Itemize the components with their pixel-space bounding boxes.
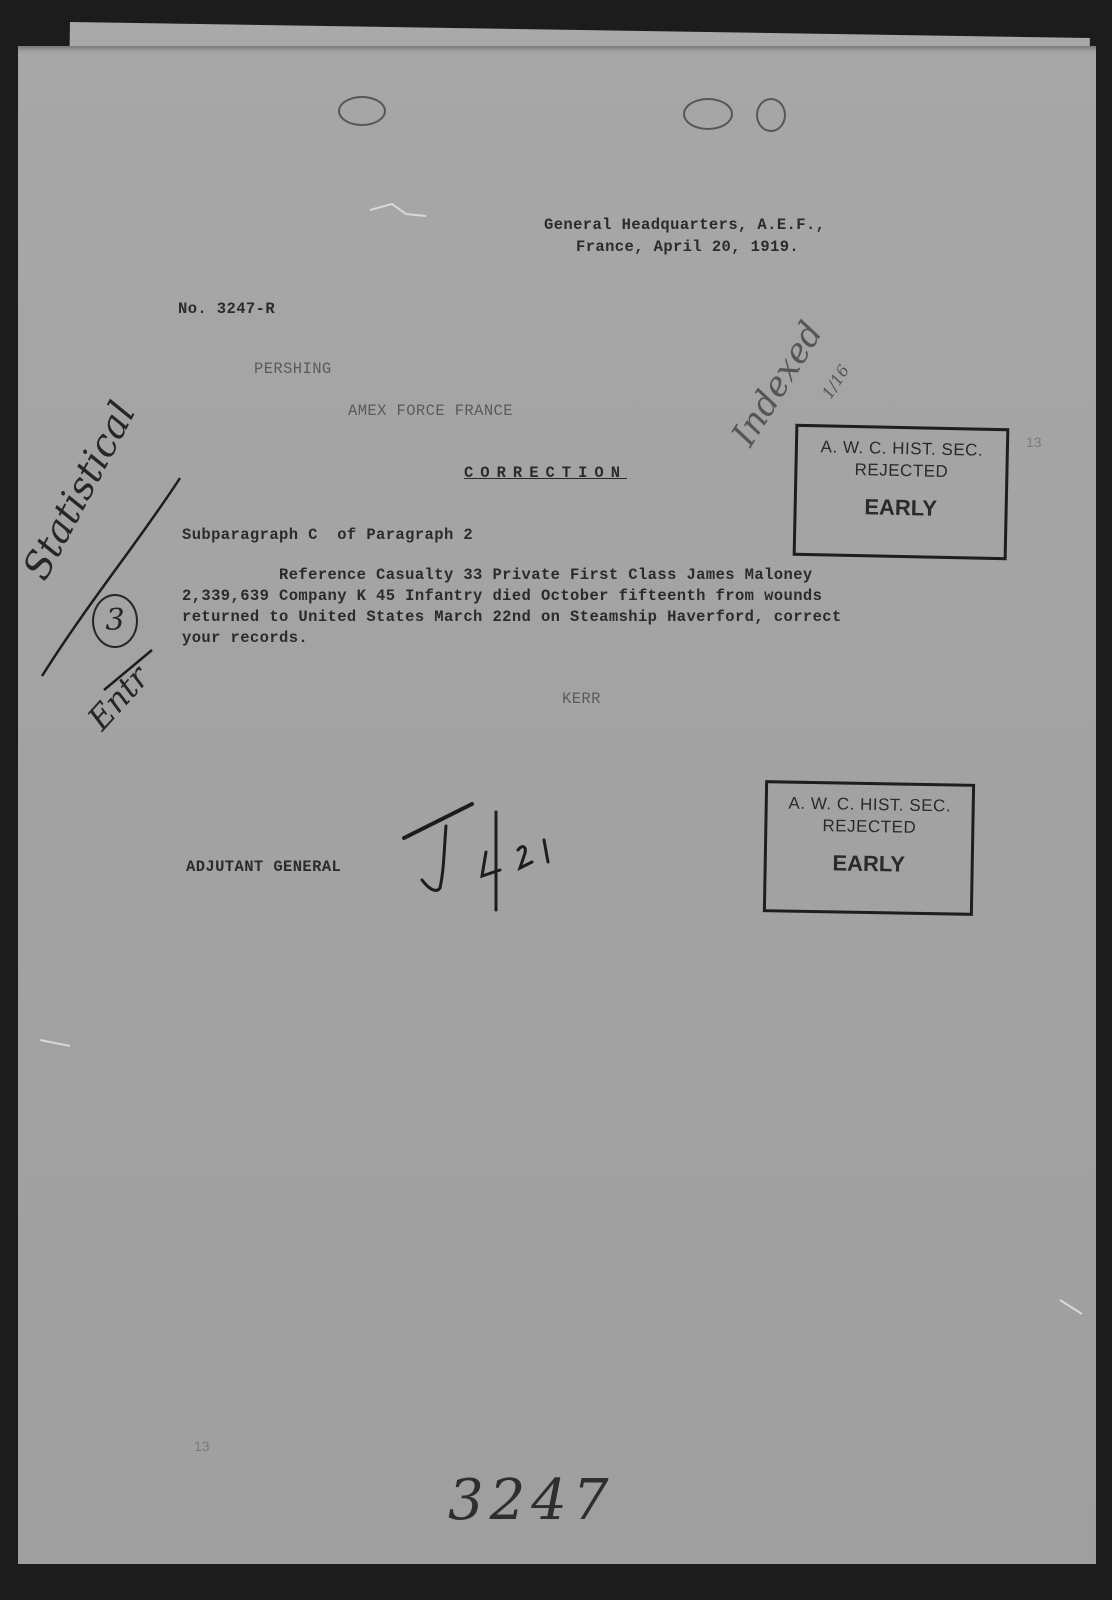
circled-number-text: 3 (105, 603, 124, 638)
archive-stamp-lower: A. W. C. HIST. SEC. REJECTED EARLY (763, 780, 975, 916)
signature-name: KERR (562, 690, 601, 708)
handwritten-entr: Entr (80, 658, 157, 737)
body-line-3: returned to United States March 22nd on … (182, 608, 842, 626)
handwritten-indexed-sub: 1/16 (818, 362, 853, 403)
stamp-line-1: A. W. C. HIST. SEC. (798, 437, 1006, 461)
stamp-line-2: REJECTED (767, 815, 971, 839)
archive-stamp-upper: A. W. C. HIST. SEC. REJECTED EARLY (793, 424, 1010, 560)
signature-title: ADJUTANT GENERAL (186, 858, 341, 876)
document-title: CORRECTION (464, 464, 627, 482)
sender: PERSHING (254, 360, 332, 378)
body-line-4: your records. (182, 629, 308, 647)
stamp-line-2: REJECTED (797, 459, 1005, 483)
punch-hole-left (338, 96, 386, 126)
punch-hole-right (683, 98, 733, 130)
document-page: General Headquarters, A.E.F., France, Ap… (18, 46, 1096, 1564)
handwritten-circled-number: 3 (92, 594, 138, 648)
body-line-2: 2,339,639 Company K 45 Infantry died Oct… (182, 587, 822, 605)
recipient: AMEX FORCE FRANCE (348, 402, 513, 420)
subparagraph-ref: Subparagraph C of Paragraph 2 (182, 526, 473, 544)
message-number: No. 3247-R (178, 300, 275, 318)
handwritten-statistical: Statistical (14, 394, 144, 586)
body-line-1: Reference Casualty 33 Private First Clas… (182, 566, 813, 584)
stamp-line-1: A. W. C. HIST. SEC. (768, 793, 972, 817)
footer-mark: 13 (194, 1438, 210, 1454)
stamp-line-3: EARLY (767, 849, 971, 879)
header-line-2: France, April 20, 1919. (576, 238, 799, 256)
handwritten-file-number: 3247 (448, 1468, 615, 1533)
punch-hole-round (756, 98, 786, 132)
header-line-1: General Headquarters, A.E.F., (544, 216, 825, 234)
stamp-line-3: EARLY (796, 493, 1004, 523)
corner-mark: 13 (1026, 434, 1042, 450)
